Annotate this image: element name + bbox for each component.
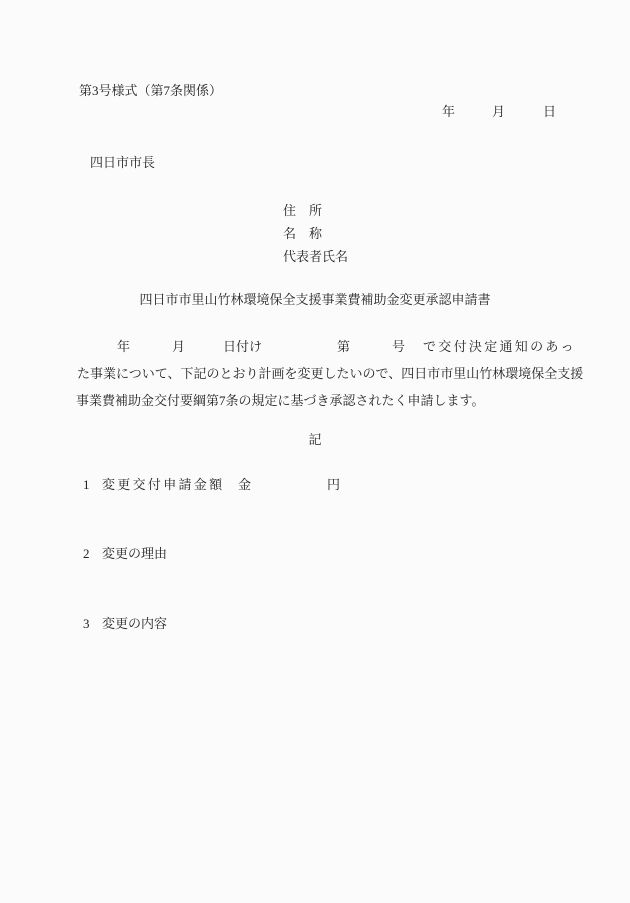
addressee: 四日市市長 xyxy=(90,155,155,170)
body-doc-number-prefix: 第 xyxy=(337,339,350,354)
item1-label: 変更交付申請金額 xyxy=(102,477,224,492)
item1-amount-unit: 円 xyxy=(327,477,340,492)
document-title: 四日市市里山竹林環境保全支援事業費補助金変更承認申請書 xyxy=(0,292,630,307)
body-date-month-label: 月 xyxy=(172,339,185,354)
body-date-day-label: 日付け xyxy=(223,339,262,354)
document-page: 第3号様式（第7条関係） 年 月 日 四日市市長 住 所 名 称 代表者氏名 四… xyxy=(0,0,630,903)
item1-number: 1 xyxy=(83,477,90,492)
header-date-day-label: 日 xyxy=(543,104,556,119)
item3-label: 変更の内容 xyxy=(102,616,167,631)
body-date-year-label: 年 xyxy=(117,339,130,354)
applicant-address-label: 住 所 xyxy=(283,203,322,218)
record-separator: 記 xyxy=(0,432,630,447)
body-line3: 事業費補助金交付要綱第7条の規定に基づき承認されたく申請します。 xyxy=(76,393,484,408)
item3-number: 3 xyxy=(83,616,90,631)
applicant-representative-label: 代表者氏名 xyxy=(283,249,348,264)
header-date-year-label: 年 xyxy=(442,104,455,119)
applicant-name-label: 名 称 xyxy=(283,226,322,241)
body-doc-number-suffix: 号 xyxy=(392,339,405,354)
form-number: 第3号様式（第7条関係） xyxy=(79,83,222,98)
item2-number: 2 xyxy=(83,546,90,561)
body-line1-tail: で交付決定通知のあっ xyxy=(423,339,576,354)
item1-amount-prefix: 金 xyxy=(238,477,251,492)
item2-label: 変更の理由 xyxy=(102,546,167,561)
header-date-month-label: 月 xyxy=(492,104,505,119)
body-line2: た事業について、下記のとおり計画を変更したいので、四日市市里山竹林環境保全支援 xyxy=(77,366,583,381)
